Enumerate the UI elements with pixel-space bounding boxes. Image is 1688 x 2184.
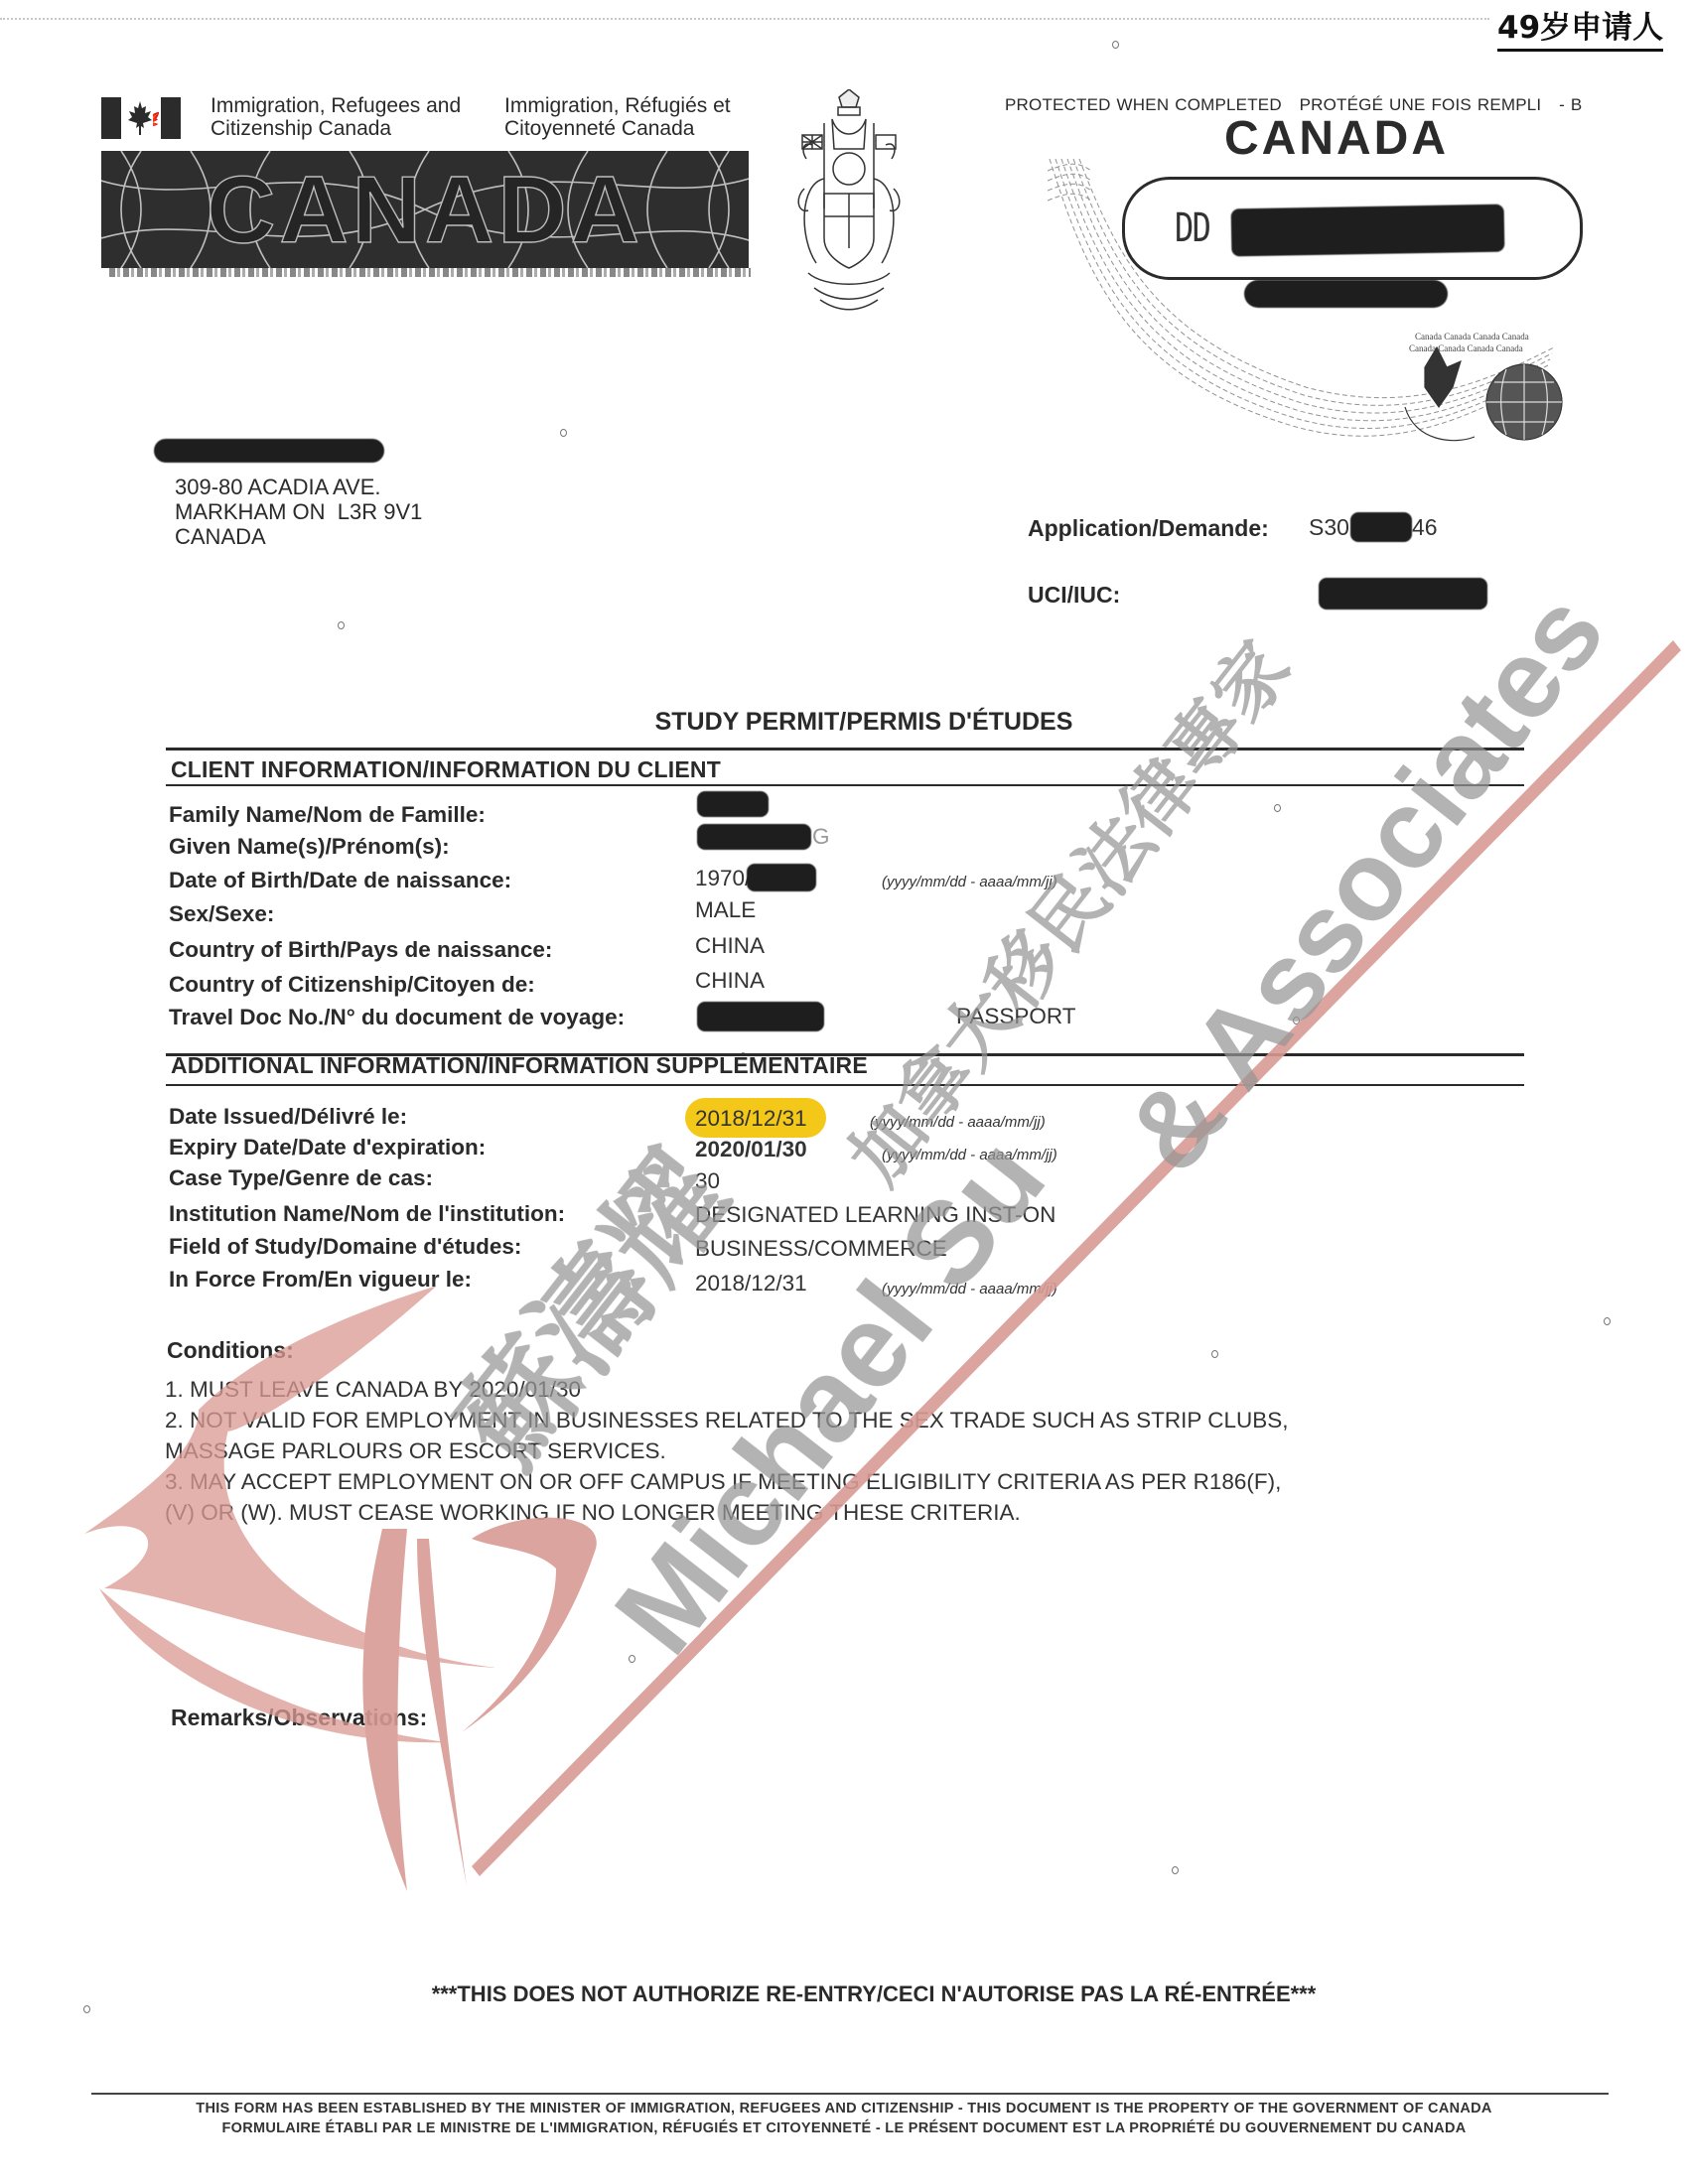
date-format-hint: (yyyy/mm/dd - aaaa/mm/jj) [882, 874, 1057, 890]
sex-label: Sex/Sexe: [169, 901, 274, 927]
date-format-hint: (yyyy/mm/dd - aaaa/mm/jj) [882, 1147, 1057, 1163]
given-name-label: Given Name(s)/Prénom(s): [169, 834, 450, 860]
footer-line-fr: FORMULAIRE ÉTABLI PAR LE MINISTRE DE L'I… [0, 2120, 1688, 2136]
date-format-hint: (yyyy/mm/dd - aaaa/mm/jj) [870, 1114, 1046, 1131]
address-line3: CANADA [175, 524, 422, 549]
globe-seal-icon: Canada Canada Canada Canada Canada Canad… [1395, 328, 1574, 447]
uci-label: UCI/IUC: [1028, 582, 1120, 609]
institution-value: DESIGNATED LEARNING INST-ON [695, 1202, 1055, 1228]
applicant-age-label: 49岁申请人 [1497, 8, 1663, 52]
date-issued-value: 2018/12/31 [695, 1106, 807, 1132]
section-rule [166, 784, 1524, 786]
expiry-date-value: 2020/01/30 [695, 1137, 807, 1162]
maple-leaf-icon [127, 99, 153, 137]
address-line1: 309-80 ACADIA AVE. [175, 475, 422, 499]
expiry-date-label: Expiry Date/Date d'expiration: [169, 1135, 486, 1160]
department-name-fr: Immigration, Réfugiés et Citoyenneté Can… [504, 94, 731, 140]
address-line2: MARKHAM ON L3R 9V1 [175, 499, 422, 524]
redaction-family-name [697, 791, 769, 817]
redaction-date-of-birth [747, 864, 816, 891]
conditions-heading: Conditions: [167, 1337, 294, 1364]
banner-microprint [109, 268, 751, 277]
citizenship-label: Country of Citizenship/Citoyen de: [169, 972, 535, 998]
case-type-label: Case Type/Genre de cas: [169, 1165, 433, 1191]
dept-fr-line2: Citoyenneté Canada [504, 117, 731, 140]
mailing-address: 309-80 ACADIA AVE. MARKHAM ON L3R 9V1 CA… [175, 475, 422, 549]
section-rule [166, 748, 1524, 751]
application-label: Application/Demande: [1028, 515, 1269, 542]
reentry-notice: ***THIS DOES NOT AUTHORIZE RE-ENTRY/CECI… [0, 1981, 1688, 2007]
sex-value: MALE [695, 897, 756, 923]
country-heading: CANADA [1224, 111, 1449, 166]
redaction-serial [1244, 280, 1448, 308]
travel-doc-type: PASSPORT [956, 1004, 1075, 1029]
condition-line: MASSAGE PARLOURS OR ESCORT SERVICES. [165, 1438, 666, 1464]
case-type-value: 30 [695, 1168, 720, 1194]
watermark-english-firm: & Associates [1100, 570, 1628, 1195]
field-of-study-label: Field of Study/Domaine d'études: [169, 1234, 521, 1260]
redaction-application-number [1350, 512, 1412, 542]
coat-of-arms-icon [794, 89, 904, 318]
date-of-birth-value: 1970/ [695, 866, 751, 891]
country-of-birth-value: CHINA [695, 933, 765, 959]
redaction-document-number [1231, 205, 1505, 257]
travel-doc-label: Travel Doc No./N° du document de voyage: [169, 1005, 625, 1030]
field-of-study-value: BUSINESS/COMMERCE [695, 1236, 947, 1262]
redaction-given-name [697, 824, 811, 850]
canada-security-banner: CANADA [101, 151, 749, 268]
institution-label: Institution Name/Nom de l'institution: [169, 1201, 565, 1227]
dept-fr-line1: Immigration, Réfugiés et [504, 94, 731, 117]
date-of-birth-label: Date of Birth/Date de naissance: [169, 868, 511, 893]
dept-en-line1: Immigration, Refugees and [211, 94, 461, 117]
application-prefix: S30 [1309, 514, 1349, 541]
remarks-label: Remarks/Observations: [171, 1705, 427, 1731]
citizenship-value: CHINA [695, 968, 765, 994]
section-rule [166, 1084, 1524, 1086]
in-force-label: In Force From/En vigueur le: [169, 1267, 472, 1293]
additional-section-heading: ADDITIONAL INFORMATION/INFORMATION SUPPL… [171, 1052, 868, 1079]
department-name-en: Immigration, Refugees and Citizenship Ca… [211, 94, 461, 140]
document-title: STUDY PERMIT/PERMIS D'ÉTUDES [0, 708, 1688, 737]
application-suffix: 46 [1412, 514, 1438, 541]
svg-text:CANADA: CANADA [207, 157, 643, 263]
condition-line: 3. MAY ACCEPT EMPLOYMENT ON OR OFF CAMPU… [165, 1469, 1281, 1495]
condition-line: 2. NOT VALID FOR EMPLOYMENT IN BUSINESSE… [165, 1408, 1289, 1433]
scan-noise [0, 18, 1489, 22]
in-force-value: 2018/12/31 [695, 1271, 807, 1297]
redaction-uci [1319, 578, 1487, 610]
condition-line: 1. MUST LEAVE CANADA BY 2020/01/30 [165, 1377, 581, 1403]
footer-rule [91, 2093, 1609, 2095]
given-name-visible-fragment: G [812, 824, 830, 850]
country-of-birth-label: Country of Birth/Pays de naissance: [169, 937, 552, 963]
dept-en-line2: Citizenship Canada [211, 117, 461, 140]
svg-text:Canada Canada Canada Canada: Canada Canada Canada Canada [1409, 343, 1523, 353]
date-format-hint: (yyyy/mm/dd - aaaa/mm/jj) [882, 1281, 1057, 1297]
footer-line-en: THIS FORM HAS BEEN ESTABLISHED BY THE MI… [0, 2101, 1688, 2116]
watermark-english-name: Michael Su [589, 1114, 1072, 1679]
family-name-label: Family Name/Nom de Famille: [169, 802, 486, 828]
condition-line: (V) OR (W). MUST CEASE WORKING IF NO LON… [165, 1500, 1021, 1526]
redaction-recipient-name [154, 439, 384, 463]
svg-text:Canada Canada Canada Canada: Canada Canada Canada Canada [1415, 332, 1529, 341]
redaction-travel-doc [697, 1002, 824, 1031]
date-issued-label: Date Issued/Délivré le: [169, 1104, 407, 1130]
document-number-prefix: DD [1175, 205, 1209, 251]
client-section-heading: CLIENT INFORMATION/INFORMATION DU CLIENT [171, 756, 721, 783]
